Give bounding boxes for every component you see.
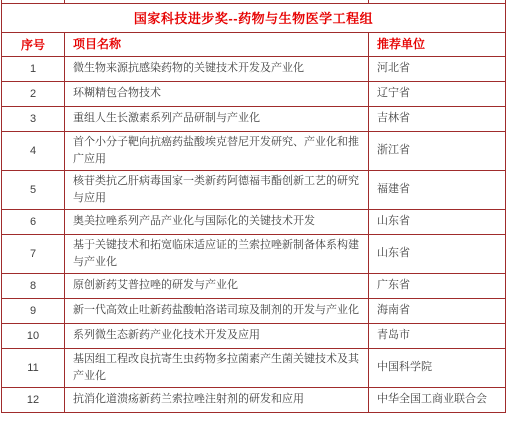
row-project-cell: 首个小分子靶向抗癌药盐酸埃克替尼开发研究、产业化和推广应用 — [65, 131, 369, 170]
table-row: 7基于关键技术和拓宽临床适应证的兰索拉唑新制备体系构建与产业化山东省 — [2, 234, 506, 273]
row-project-cell: 系列微生态新药产业化技术开发及应用 — [65, 323, 369, 348]
table-row: 9新一代高效止吐新药盐酸帕洛诺司琼及制剂的开发与产业化海南省 — [2, 298, 506, 323]
row-unit-cell: 山东省 — [369, 234, 506, 273]
row-unit-cell: 河北省 — [369, 56, 506, 81]
column-header-unit: 推荐单位 — [369, 32, 506, 56]
table-row: 6奥美拉唑系列产品产业化与国际化的关键技术开发山东省 — [2, 209, 506, 234]
row-project-cell: 抗消化道溃疡新药兰索拉唑注射剂的研发和应用 — [65, 387, 369, 412]
table-row: 12抗消化道溃疡新药兰索拉唑注射剂的研发和应用中华全国工商业联合会 — [2, 387, 506, 412]
table-row: 11基因组工程改良抗寄生虫药物多拉菌素产生菌关键技术及其产业化中国科学院 — [2, 348, 506, 387]
table-row: 4首个小分子靶向抗癌药盐酸埃克替尼开发研究、产业化和推广应用浙江省 — [2, 131, 506, 170]
row-unit-cell: 福建省 — [369, 170, 506, 209]
row-unit-cell: 青岛市 — [369, 323, 506, 348]
title-row: 国家科技进步奖--药物与生物医学工程组 — [2, 3, 506, 32]
row-unit-cell: 辽宁省 — [369, 81, 506, 106]
row-project-cell: 环糊精包合物技术 — [65, 81, 369, 106]
column-header-serial: 序号 — [2, 32, 65, 56]
row-serial-cell: 9 — [2, 298, 65, 323]
row-project-cell: 微生物来源抗感染药物的关键技术开发及产业化 — [65, 56, 369, 81]
row-serial-cell: 7 — [2, 234, 65, 273]
document-page: 国家科技进步奖--药物与生物医学工程组 序号 项目名称 推荐单位 1微生物来源抗… — [0, 0, 508, 429]
row-serial-cell: 6 — [2, 209, 65, 234]
column-header-project: 项目名称 — [65, 32, 369, 56]
row-serial-cell: 4 — [2, 131, 65, 170]
row-unit-cell: 广东省 — [369, 273, 506, 298]
table-title: 国家科技进步奖--药物与生物医学工程组 — [2, 3, 506, 32]
table-row: 10系列微生态新药产业化技术开发及应用青岛市 — [2, 323, 506, 348]
row-project-cell: 原创新药艾普拉唑的研发与产业化 — [65, 273, 369, 298]
row-serial-cell: 3 — [2, 106, 65, 131]
row-project-cell: 重组人生长激素系列产品研制与产业化 — [65, 106, 369, 131]
table-row: 1微生物来源抗感染药物的关键技术开发及产业化河北省 — [2, 56, 506, 81]
table-row: 2环糊精包合物技术辽宁省 — [2, 81, 506, 106]
row-unit-cell: 中国科学院 — [369, 348, 506, 387]
row-serial-cell: 11 — [2, 348, 65, 387]
table-row: 8原创新药艾普拉唑的研发与产业化广东省 — [2, 273, 506, 298]
row-project-cell: 基于关键技术和拓宽临床适应证的兰索拉唑新制备体系构建与产业化 — [65, 234, 369, 273]
table-row: 5核苷类抗乙肝病毒国家一类新药阿德福韦酯创新工艺的研究与应用福建省 — [2, 170, 506, 209]
awards-table: 国家科技进步奖--药物与生物医学工程组 序号 项目名称 推荐单位 1微生物来源抗… — [1, 0, 506, 413]
row-serial-cell: 12 — [2, 387, 65, 412]
header-row: 序号 项目名称 推荐单位 — [2, 32, 506, 56]
row-project-cell: 核苷类抗乙肝病毒国家一类新药阿德福韦酯创新工艺的研究与应用 — [65, 170, 369, 209]
row-project-cell: 新一代高效止吐新药盐酸帕洛诺司琼及制剂的开发与产业化 — [65, 298, 369, 323]
row-serial-cell: 10 — [2, 323, 65, 348]
row-project-cell: 奥美拉唑系列产品产业化与国际化的关键技术开发 — [65, 209, 369, 234]
table-row: 3重组人生长激素系列产品研制与产业化吉林省 — [2, 106, 506, 131]
row-serial-cell: 1 — [2, 56, 65, 81]
row-serial-cell: 5 — [2, 170, 65, 209]
row-serial-cell: 2 — [2, 81, 65, 106]
row-project-cell: 基因组工程改良抗寄生虫药物多拉菌素产生菌关键技术及其产业化 — [65, 348, 369, 387]
row-unit-cell: 山东省 — [369, 209, 506, 234]
row-unit-cell: 中华全国工商业联合会 — [369, 387, 506, 412]
row-unit-cell: 浙江省 — [369, 131, 506, 170]
row-unit-cell: 海南省 — [369, 298, 506, 323]
row-serial-cell: 8 — [2, 273, 65, 298]
row-unit-cell: 吉林省 — [369, 106, 506, 131]
